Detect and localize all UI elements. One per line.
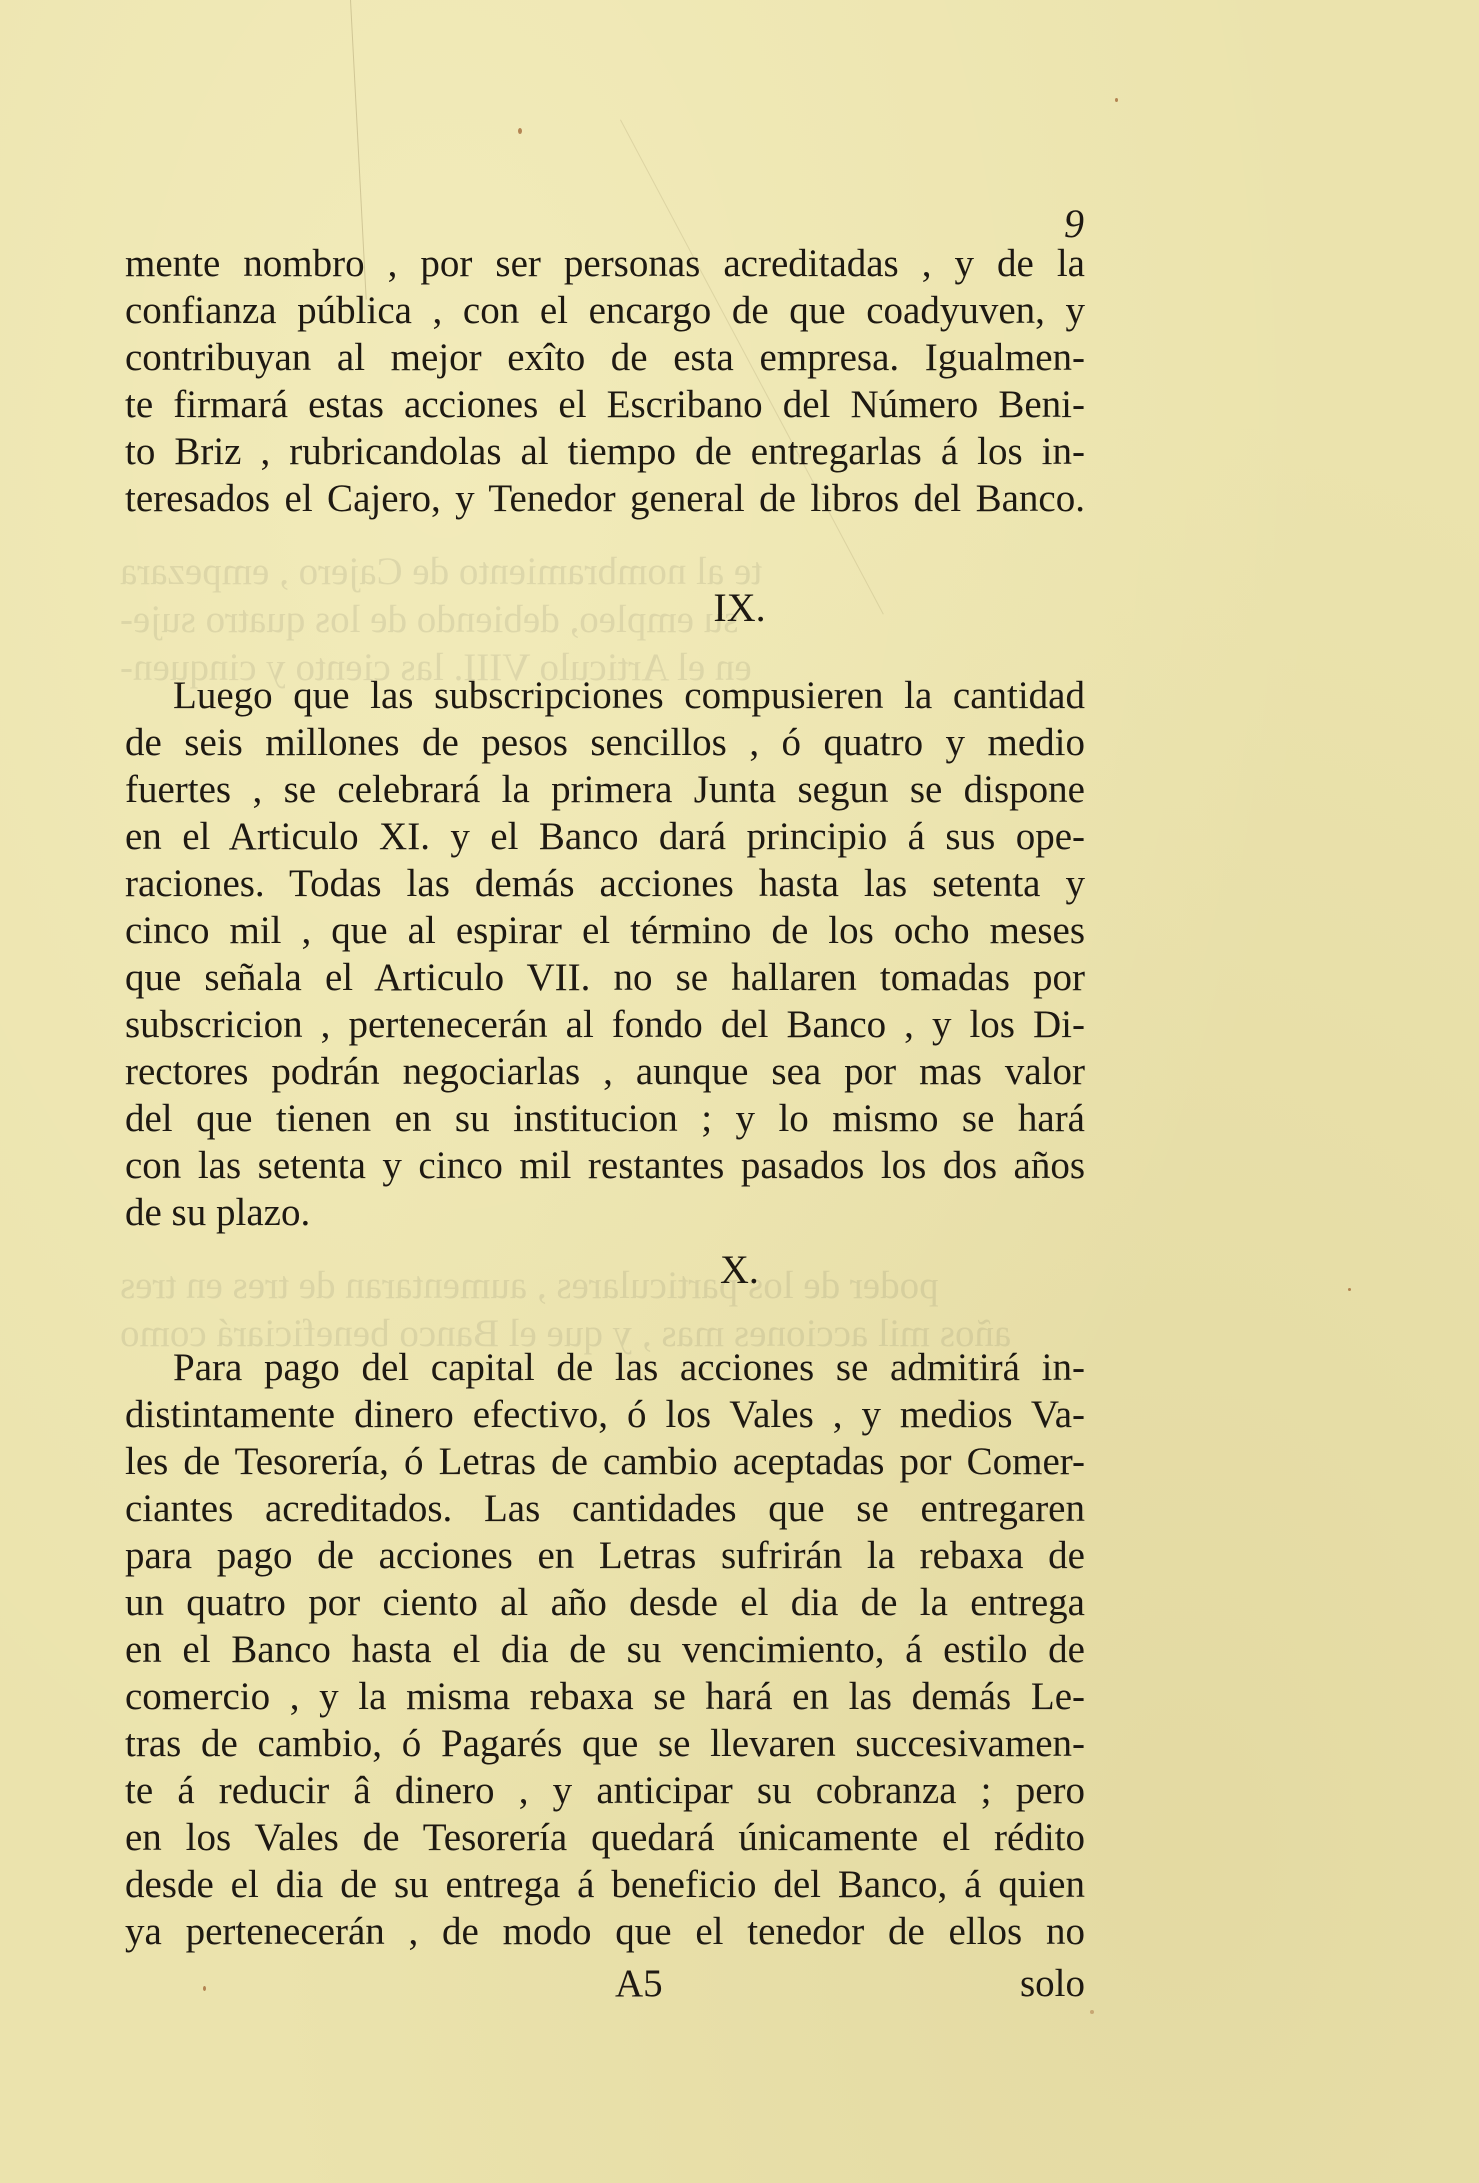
text-line: en el Articulo XI. y el Banco dará princ… bbox=[125, 813, 1085, 860]
text-line: ya pertenecerán , de modo que el tenedor… bbox=[125, 1908, 1085, 1955]
text-line: desde el dia de su entrega á beneficio d… bbox=[125, 1861, 1085, 1908]
signature-mark: A5 bbox=[615, 1960, 663, 2007]
page-number: 9 bbox=[1064, 204, 1084, 244]
text-line: teresados el Cajero, y Tenedor general d… bbox=[125, 475, 1085, 522]
text-line: que señala el Articulo VII. no se hallar… bbox=[125, 954, 1085, 1001]
text-line: to Briz , rubricandolas al tiempo de ent… bbox=[125, 428, 1085, 475]
section-ix-paragraph: Luego que las subscripciones compusieren… bbox=[125, 672, 1085, 1236]
text-line: de seis millones de pesos sencillos , ó … bbox=[125, 719, 1085, 766]
section-heading-ix: IX. bbox=[0, 588, 1479, 628]
text-line: un quatro por ciento al año desde el dia… bbox=[125, 1579, 1085, 1626]
text-line: mente nombro , por ser personas acredita… bbox=[125, 240, 1085, 287]
text-line: Para pago del capital de las acciones se… bbox=[125, 1344, 1085, 1391]
text-line: tras de cambio, ó Pagarés que se llevare… bbox=[125, 1720, 1085, 1767]
text-line: cinco mil , que al espirar el término de… bbox=[125, 907, 1085, 954]
text-line: del que tienen en su institucion ; y lo … bbox=[125, 1095, 1085, 1142]
text-line: fuertes , se celebrará la primera Junta … bbox=[125, 766, 1085, 813]
text-line: en el Banco hasta el dia de su vencimien… bbox=[125, 1626, 1085, 1673]
text-line: contribuyan al mejor exîto de esta empre… bbox=[125, 334, 1085, 381]
catchword: solo bbox=[1020, 1960, 1085, 2007]
paper-speck bbox=[1115, 98, 1118, 102]
text-line: raciones. Todas las demás acciones hasta… bbox=[125, 860, 1085, 907]
opening-paragraph: mente nombro , por ser personas acredita… bbox=[125, 240, 1085, 522]
text-line: ciantes acreditados. Las cantidades que … bbox=[125, 1485, 1085, 1532]
text-line: te firmará estas acciones el Escribano d… bbox=[125, 381, 1085, 428]
page-footer: A5 solo bbox=[125, 1960, 1085, 2007]
text-line: para pago de acciones en Letras sufrirán… bbox=[125, 1532, 1085, 1579]
text-line: con las setenta y cinco mil restantes pa… bbox=[125, 1142, 1085, 1189]
text-line: de su plazo. bbox=[125, 1189, 1085, 1236]
text-line: confianza pública , con el encargo de qu… bbox=[125, 287, 1085, 334]
paper-speck bbox=[1090, 2010, 1094, 2014]
text-line: en los Vales de Tesorería quedará únicam… bbox=[125, 1814, 1085, 1861]
section-heading-x: X. bbox=[0, 1250, 1479, 1290]
scanned-page: te al nombramiento de Cajero , empezara … bbox=[0, 0, 1479, 2183]
text-line: comercio , y la misma rebaxa se hará en … bbox=[125, 1673, 1085, 1720]
text-line: les de Tesorería, ó Letras de cambio ace… bbox=[125, 1438, 1085, 1485]
text-line: rectores podrán negociarlas , aunque sea… bbox=[125, 1048, 1085, 1095]
text-line: Luego que las subscripciones compusieren… bbox=[125, 672, 1085, 719]
paper-speck bbox=[518, 128, 522, 134]
section-x-paragraph: Para pago del capital de las acciones se… bbox=[125, 1344, 1085, 1955]
text-line: subscricion , pertenecerán al fondo del … bbox=[125, 1001, 1085, 1048]
text-line: distintamente dinero efectivo, ó los Val… bbox=[125, 1391, 1085, 1438]
text-line: te á reducir â dinero , y anticipar su c… bbox=[125, 1767, 1085, 1814]
